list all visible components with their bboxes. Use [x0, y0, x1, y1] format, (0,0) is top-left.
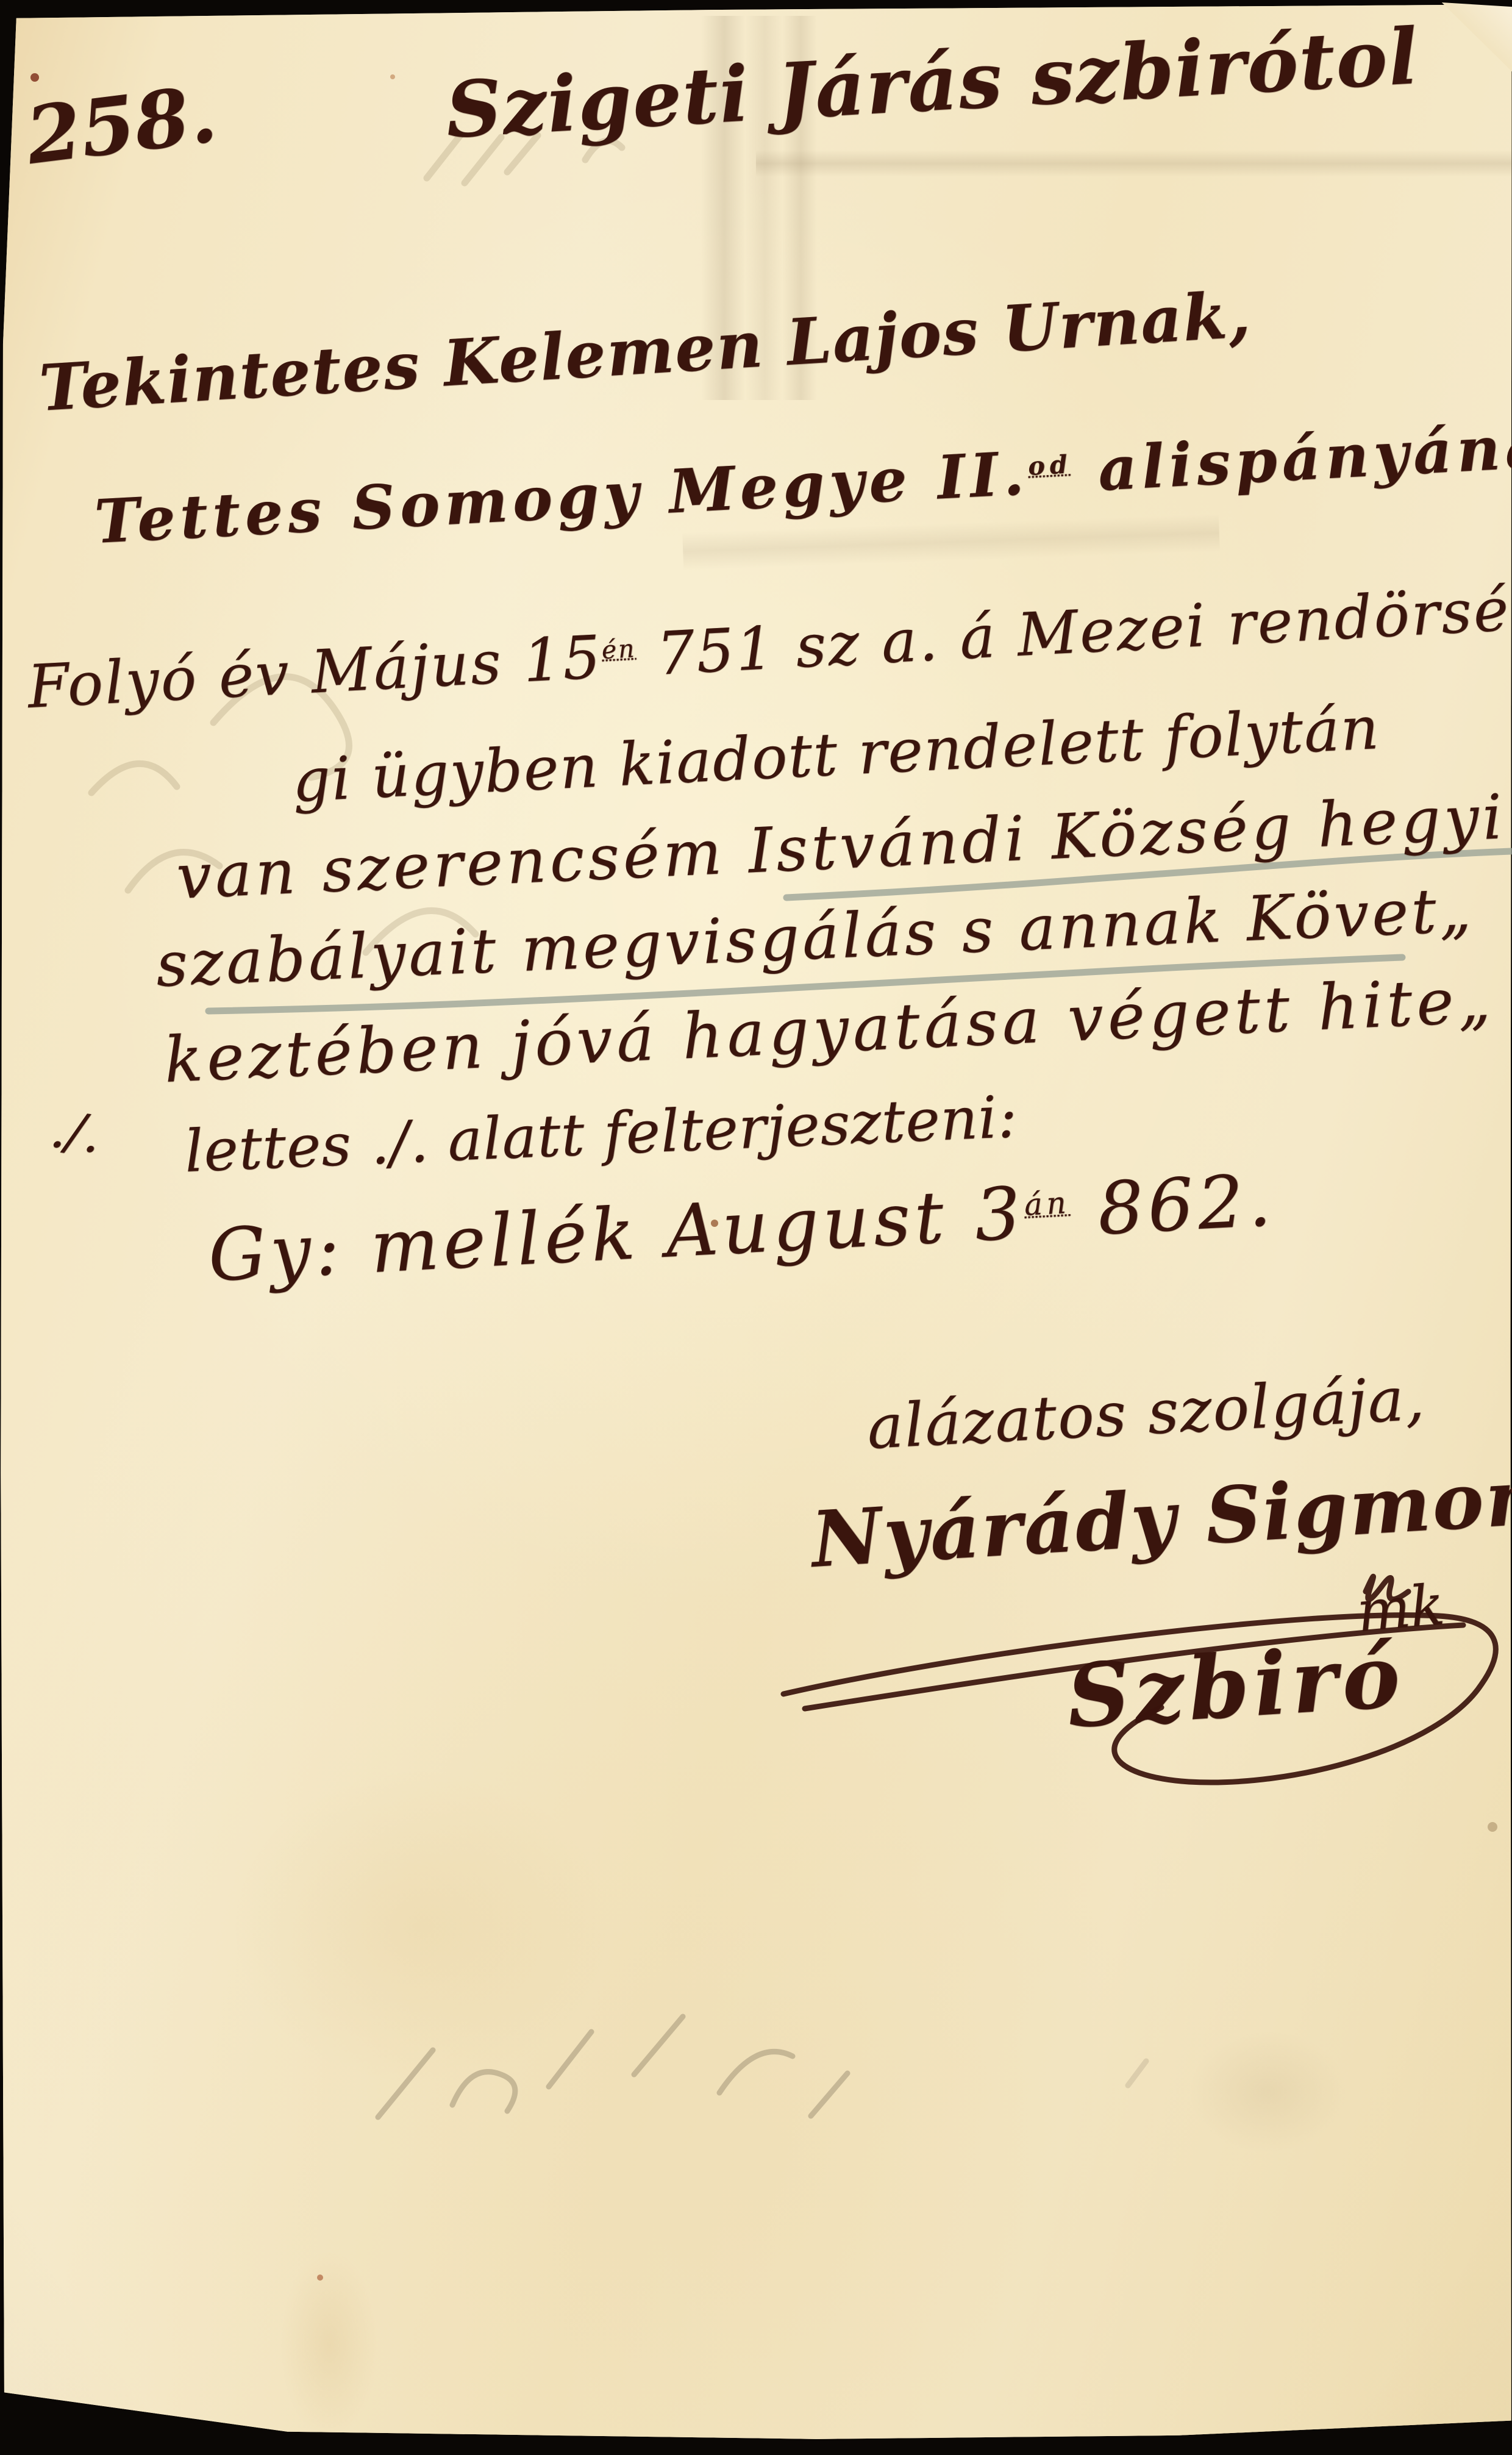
place-date-text: 862.	[1068, 1158, 1277, 1253]
document-number: 258.	[22, 75, 220, 176]
ordinal-superscript: od	[1027, 449, 1073, 481]
signature-title: Szbiró	[1064, 1632, 1407, 1740]
date-superscript: án	[1023, 1185, 1071, 1223]
scanned-letter: 258. Szigeti Járás szbirótol Tekintetes …	[0, 0, 1512, 2455]
date-superscript: én	[601, 634, 637, 665]
enclosure-margin-mark: ./.	[48, 1103, 104, 1161]
